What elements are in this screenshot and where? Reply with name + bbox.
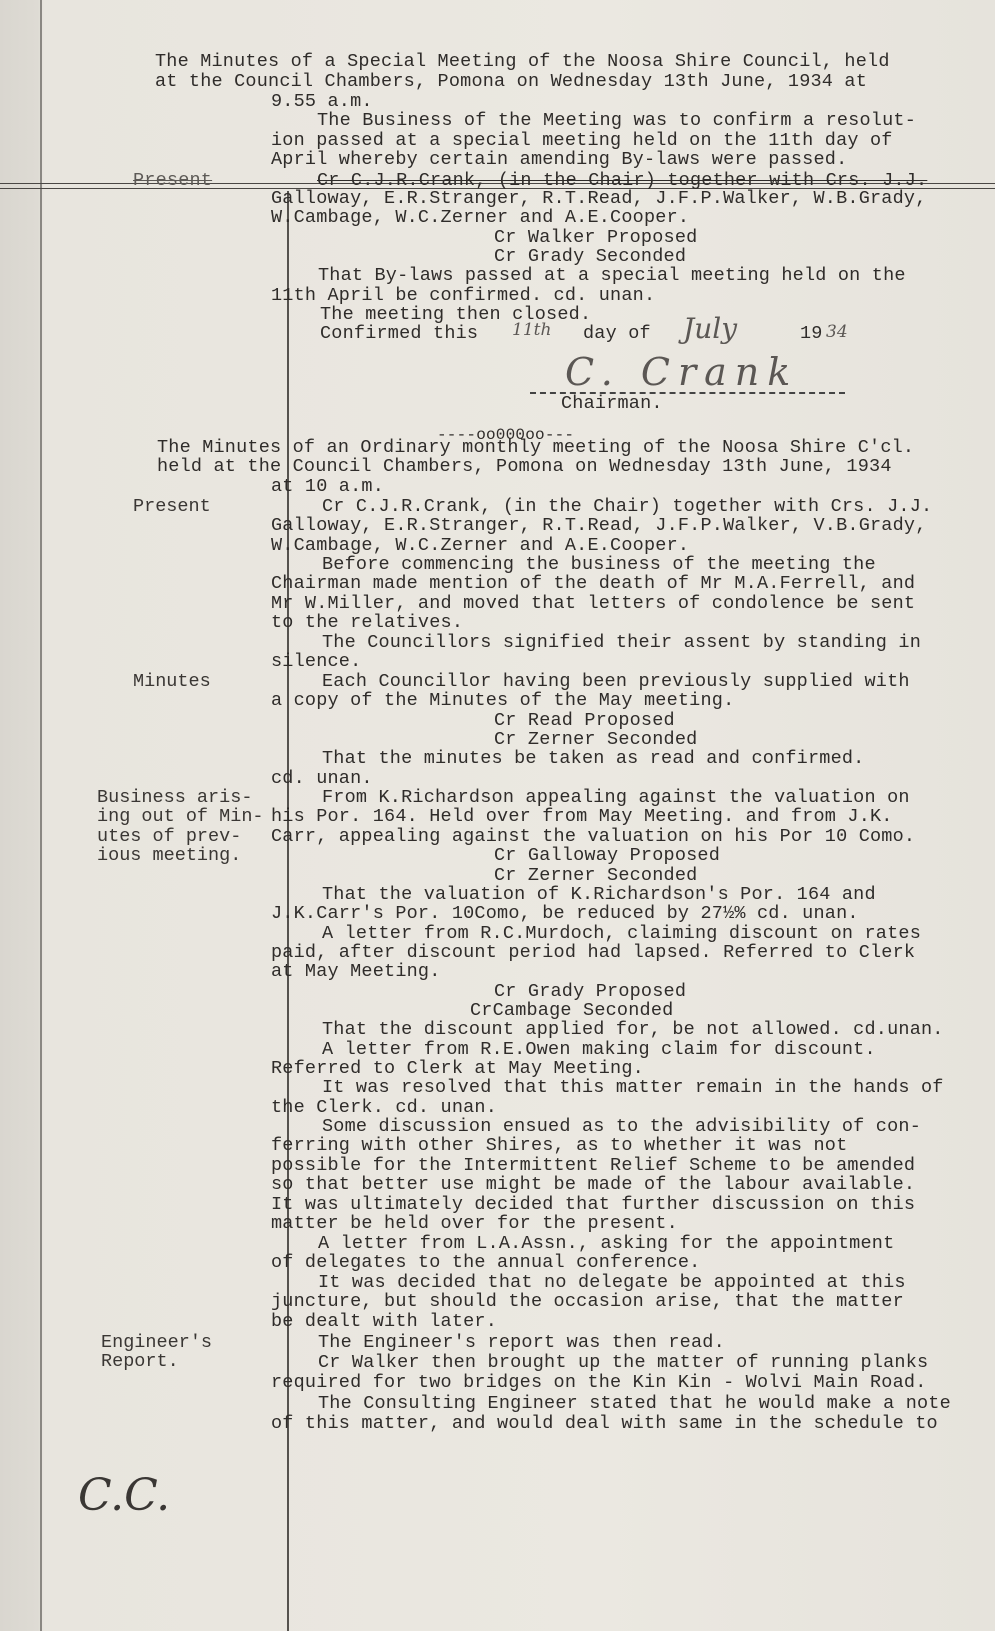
- ordinary-present-line-3: W.Cambage, W.C.Zerner and A.E.Cooper.: [271, 536, 689, 556]
- confirmed-mid: day of: [583, 324, 651, 344]
- murdoch-line-2: paid, after discount period had lapsed. …: [271, 943, 915, 963]
- owen-line-2: Referred to Clerk at May Meeting.: [271, 1059, 644, 1079]
- condolence-line-5: The Councillors signified their assent b…: [322, 633, 921, 653]
- proposer: Cr Walker Proposed: [494, 228, 697, 248]
- murdoch-line-1: A letter from R.C.Murdoch, claiming disc…: [322, 924, 921, 944]
- binding-edge-line: [40, 0, 42, 1631]
- condolence-line-1: Before commencing the business of the me…: [322, 555, 876, 575]
- engineer-line-4: The Consulting Engineer stated that he w…: [318, 1394, 951, 1414]
- delegates-line-1: A letter from L.A.Assn., asking for the …: [318, 1234, 894, 1254]
- special-heading-line-3: 9.55 a.m.: [271, 92, 373, 112]
- ordinary-present-line-1: Cr C.J.R.Crank, (in the Chair) together …: [322, 497, 932, 517]
- business-label-line-3: utes of prev-: [97, 827, 241, 847]
- engineer-line-1: The Engineer's report was then read.: [318, 1333, 725, 1353]
- engineer-label-line-2: Report.: [101, 1352, 179, 1372]
- minutes-resolution-line-1: That the minutes be taken as read and co…: [322, 749, 865, 769]
- business-line-3: April whereby certain amending By-laws w…: [271, 150, 847, 170]
- valuation-seconder: Cr Zerner Seconded: [494, 866, 697, 886]
- owen-line-3: It was resolved that this matter remain …: [322, 1078, 944, 1098]
- condolence-line-3: Mr W.Miller, and moved that letters of c…: [271, 594, 915, 614]
- engineer-line-5: of this matter, and would deal with same…: [271, 1414, 938, 1434]
- business-line-1: The Business of the Meeting was to confi…: [317, 111, 916, 131]
- valuation-line-1: From K.Richardson appealing against the …: [322, 788, 910, 808]
- minutes-page: The Minutes of a Special Meeting of the …: [0, 0, 995, 1631]
- present-label: Present: [133, 497, 211, 517]
- relief-line-3: possible for the Intermittent Relief Sch…: [271, 1156, 915, 1176]
- engineer-label-line-1: Engineer's: [101, 1333, 212, 1353]
- signature-title: Chairman.: [561, 394, 663, 414]
- chairman-signature: C. Crank: [565, 350, 798, 394]
- murdoch-resolution: That the discount applied for, be not al…: [322, 1020, 944, 1040]
- minutes-proposer: Cr Read Proposed: [494, 711, 675, 731]
- delegates-line-5: be dealt with later.: [271, 1312, 497, 1332]
- valuation-line-2: his Por. 164. Held over from May Meeting…: [271, 807, 893, 827]
- seconder: Cr Grady Seconded: [494, 247, 686, 267]
- engineer-line-2: Cr Walker then brought up the matter of …: [318, 1353, 928, 1373]
- condolence-line-6: silence.: [271, 652, 361, 672]
- valuation-proposer: Cr Galloway Proposed: [494, 846, 720, 866]
- owen-line-1: A letter from R.E.Owen making claim for …: [322, 1040, 876, 1060]
- business-line-2: ion passed at a special meeting held on …: [271, 131, 893, 151]
- delegates-line-3: It was decided that no delegate be appoi…: [318, 1273, 906, 1293]
- resolution-line-2: 11th April be confirmed. cd. unan.: [271, 286, 655, 306]
- relief-line-6: matter be held over for the present.: [271, 1214, 678, 1234]
- special-heading-line-2: at the Council Chambers, Pomona on Wedne…: [155, 72, 867, 92]
- murdoch-proposer: Cr Grady Proposed: [494, 982, 686, 1002]
- relief-line-1: Some discussion ensued as to the advisib…: [322, 1117, 921, 1137]
- present-line-2: W.Cambage, W.C.Zerner and A.E.Cooper.: [271, 208, 689, 228]
- murdoch-line-3: at May Meeting.: [271, 962, 441, 982]
- minutes-resolution-line-2: cd. unan.: [271, 769, 373, 789]
- relief-line-2: ferring with other Shires, as to whether…: [271, 1136, 847, 1156]
- present-line-1: Galloway, E.R.Stranger, R.T.Read, J.F.P.…: [271, 189, 927, 209]
- resolution-line-1: That By-laws passed at a special meeting…: [318, 266, 906, 286]
- confirmed-year-prefix: 19: [800, 324, 823, 344]
- minutes-seconder: Cr Zerner Seconded: [494, 730, 697, 750]
- ordinary-present-line-2: Galloway, E.R.Stranger, R.T.Read, J.F.P.…: [271, 516, 927, 536]
- valuation-line-3: Carr, appealing against the valuation on…: [271, 827, 915, 847]
- ordinary-heading-line-2: held at the Council Chambers, Pomona on …: [157, 457, 892, 477]
- present-label-struck: Present: [133, 171, 212, 191]
- special-heading-line-1: The Minutes of a Special Meeting of the …: [155, 52, 890, 72]
- margin-initials-handwritten: C.C.: [78, 1470, 170, 1521]
- confirmed-month-handwritten: July: [683, 312, 737, 345]
- business-label-line-2: ing out of Min-: [97, 807, 264, 827]
- minutes-label: Minutes: [133, 672, 211, 692]
- relief-line-4: so that better use might be made of the …: [271, 1175, 915, 1195]
- minutes-line-2: a copy of the Minutes of the May meeting…: [271, 691, 734, 711]
- condolence-line-2: Chairman made mention of the death of Mr…: [271, 574, 915, 594]
- engineer-line-3: required for two bridges on the Kin Kin …: [271, 1373, 927, 1393]
- confirmed-prefix: Confirmed this: [320, 324, 478, 344]
- valuation-resolution-line-1: That the valuation of K.Richardson's Por…: [322, 885, 876, 905]
- owen-line-4: the Clerk. cd. unan.: [271, 1098, 497, 1118]
- business-label-line-1: Business aris-: [97, 788, 252, 808]
- delegates-line-2: of delegates to the annual conference.: [271, 1253, 700, 1273]
- valuation-resolution-line-2: J.K.Carr's Por. 10Como, be reduced by 27…: [271, 904, 859, 924]
- relief-line-5: It was ultimately decided that further d…: [271, 1195, 915, 1215]
- ordinary-heading-line-1: The Minutes of an Ordinary monthly meeti…: [157, 438, 914, 458]
- confirmed-day-handwritten: 11th: [512, 320, 551, 340]
- confirmed-year-handwritten: 34: [826, 322, 848, 342]
- ordinary-heading-line-3: at 10 a.m.: [271, 477, 384, 497]
- minutes-line-1: Each Councillor having been previously s…: [322, 672, 910, 692]
- business-label-line-4: ious meeting.: [97, 846, 241, 866]
- delegates-line-4: juncture, but should the occasion arise,…: [271, 1292, 904, 1312]
- condolence-line-4: to the relatives.: [271, 613, 463, 633]
- murdoch-seconder: CrCambage Seconded: [470, 1001, 673, 1021]
